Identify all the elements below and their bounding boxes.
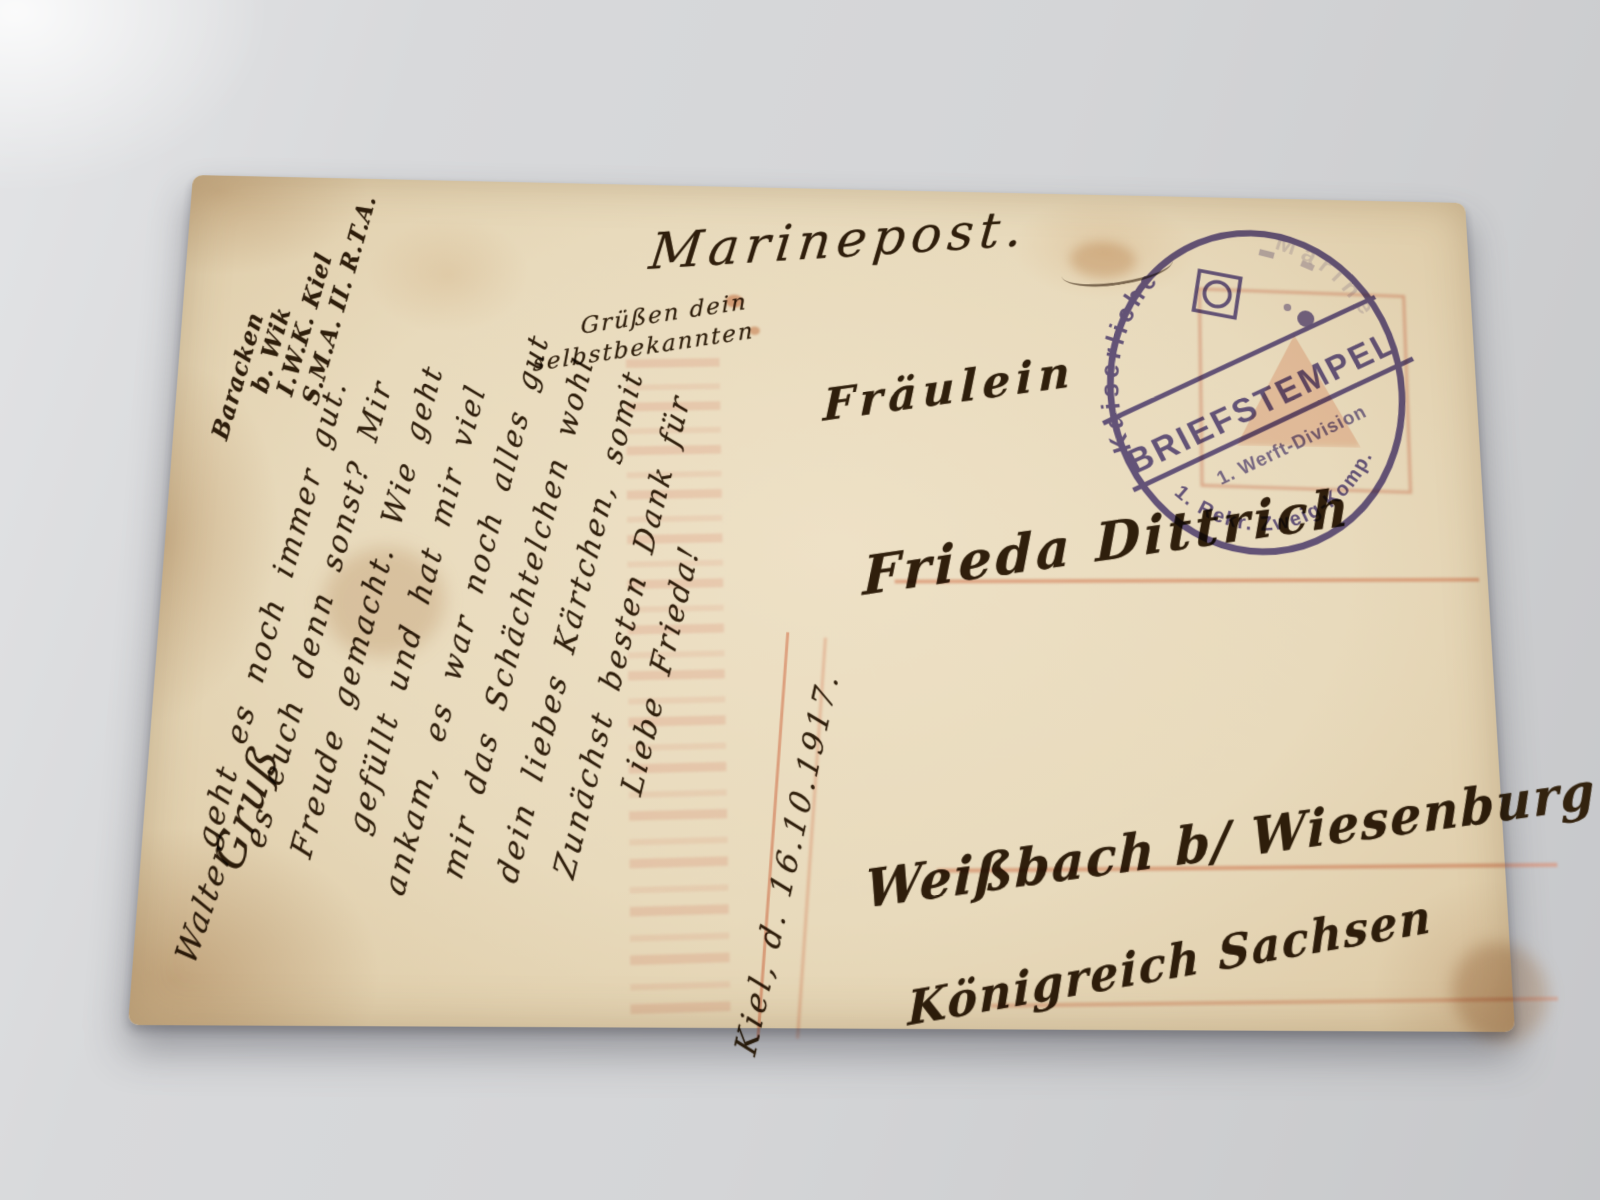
stain bbox=[1450, 943, 1551, 1043]
heading-marinepost: Marinepost. bbox=[646, 200, 1029, 281]
address-line-region: Königreich Sachsen bbox=[908, 890, 1434, 1037]
postcard: BRIEFSTEMPEL 1. Werft-Division Kaiserlic… bbox=[128, 175, 1515, 1032]
photo-background: BRIEFSTEMPEL 1. Werft-Division Kaiserlic… bbox=[0, 0, 1600, 1200]
postmark-emblem-icon bbox=[1192, 270, 1242, 318]
ink-blot bbox=[1284, 304, 1292, 311]
address-line-town: Weißbach b/ Wiesenburg bbox=[864, 760, 1597, 920]
closing-signature: Walter bbox=[169, 839, 240, 971]
dateline: Kiel, d. 16.10.1917. bbox=[728, 665, 846, 1060]
ink-blot bbox=[1297, 310, 1315, 327]
address-line-fraulein: Fräulein bbox=[822, 346, 1075, 432]
postmark-faded-mark bbox=[1259, 249, 1275, 259]
